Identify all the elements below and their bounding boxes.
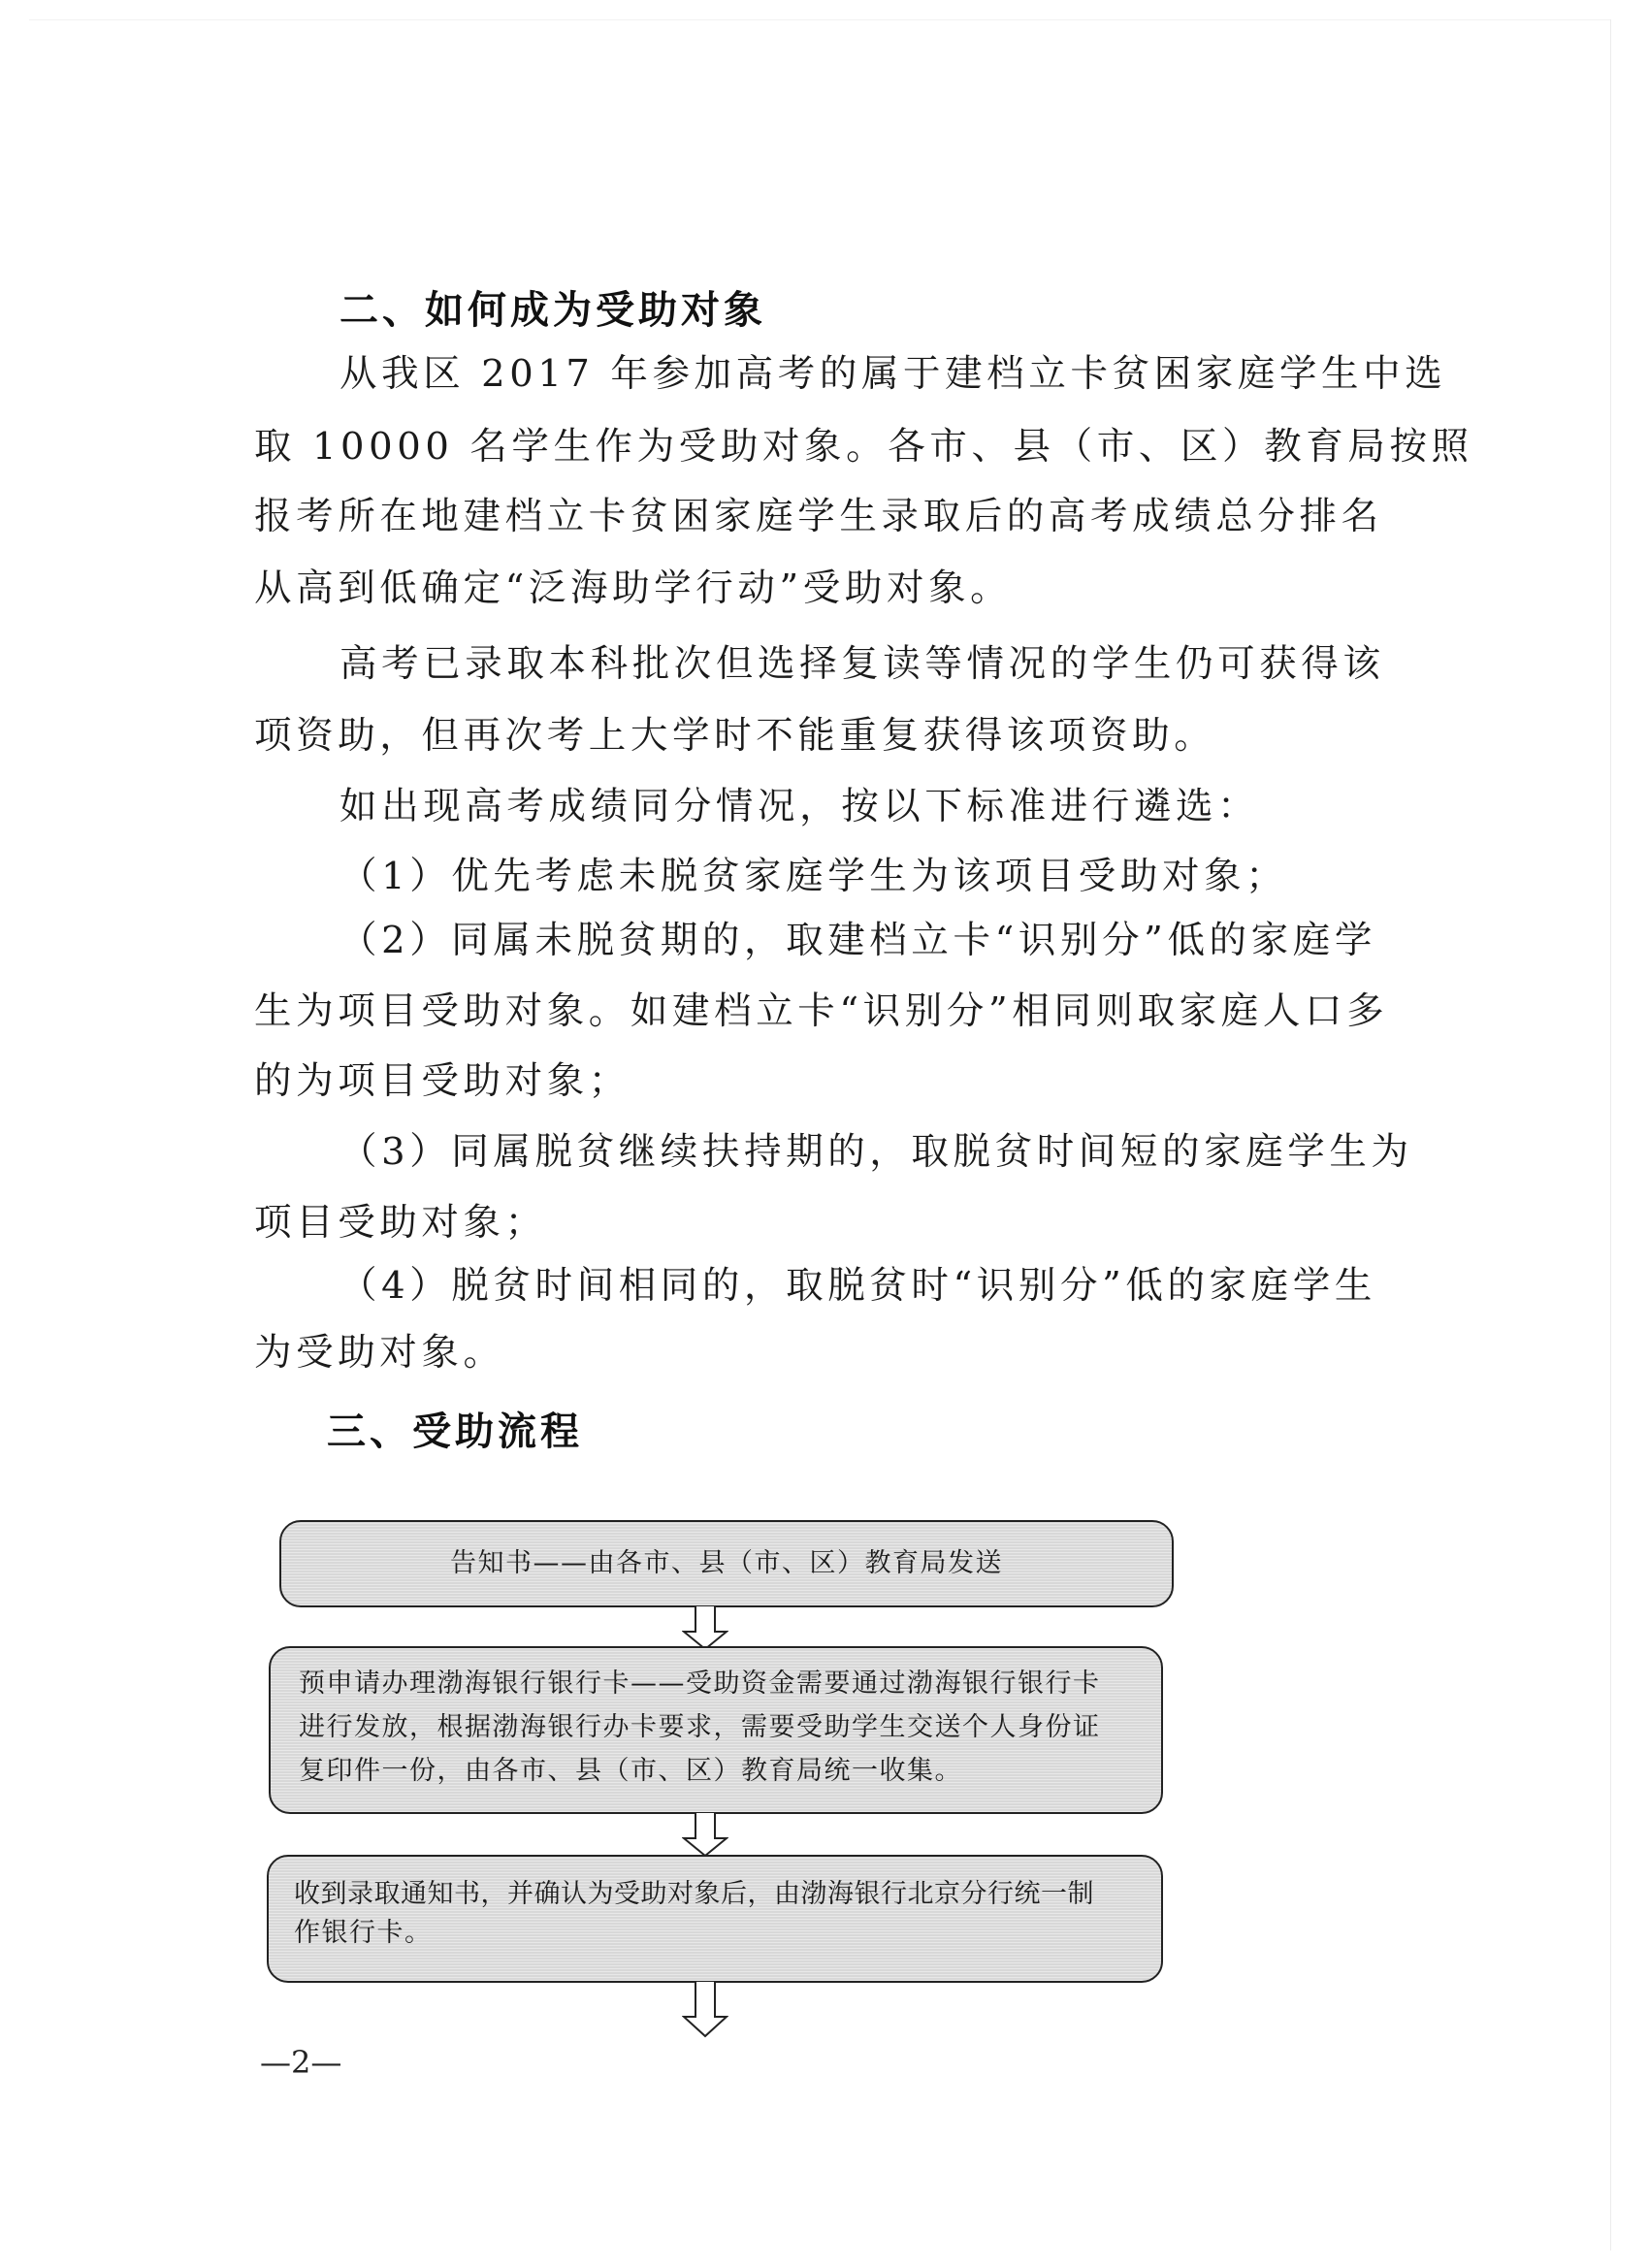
section-heading-2: 二、如何成为受助对象 xyxy=(339,287,766,334)
flow-step-text: 作银行卡。 xyxy=(294,1917,433,1950)
paragraph-line: 从高到低确定“泛海助学行动”受助对象。 xyxy=(254,566,1439,612)
down-arrow-icon xyxy=(682,1982,728,2038)
flow-step-notice: 告知书——由各市、县（市、区）教育局发送 xyxy=(279,1520,1174,1607)
down-arrow-icon xyxy=(682,1813,728,1858)
paragraph-line: 项目受助对象； xyxy=(254,1200,1439,1247)
flow-step-bank-card-application: 预申请办理渤海银行银行卡——受助资金需要通过渤海银行银行卡 进行发放，根据渤海银… xyxy=(269,1646,1163,1814)
paragraph-line: （4）脱贫时间相同的，取脱贫时“识别分”低的家庭学生 xyxy=(339,1263,1439,1310)
flow-step-text: 复印件一份，由各市、县（市、区）教育局统一收集。 xyxy=(299,1755,962,1788)
paragraph-line: 报考所在地建档立卡贫困家庭学生录取后的高考成绩总分排名 xyxy=(254,494,1439,540)
scan-edge xyxy=(29,19,1610,20)
paragraph-line: 取 10000 名学生作为受助对象。各市、县（市、区）教育局按照 xyxy=(254,424,1439,470)
scan-edge xyxy=(1610,19,1611,2251)
paragraph-line: （3）同属脱贫继续扶持期的，取脱贫时间短的家庭学生为 xyxy=(339,1129,1439,1176)
paragraph-line: （1）优先考虑未脱贫家庭学生为该项目受助对象； xyxy=(339,854,1439,900)
paragraph-line: 如出现高考成绩同分情况，按以下标准进行遴选： xyxy=(339,784,1439,830)
flow-step-text: 预申请办理渤海银行银行卡——受助资金需要通过渤海银行银行卡 xyxy=(299,1668,1101,1701)
paragraph-line: 的为项目受助对象； xyxy=(254,1058,1439,1105)
flow-step-card-production: 收到录取通知书，并确认为受助对象后，由渤海银行北京分行统一制 作银行卡。 xyxy=(267,1855,1163,1983)
section-heading-3: 三、受助流程 xyxy=(327,1409,583,1455)
paragraph-line: 高考已录取本科批次但选择复读等情况的学生仍可获得该 xyxy=(339,641,1439,688)
flow-step-text: 收到录取通知书，并确认为受助对象后，由渤海银行北京分行统一制 xyxy=(294,1878,1094,1911)
flow-step-text: 进行发放，根据渤海银行办卡要求，需要受助学生交送个人身份证 xyxy=(299,1711,1101,1744)
page-number: —2— xyxy=(260,2043,341,2082)
paragraph-line: （2）同属未脱贫期的，取建档立卡“识别分”低的家庭学 xyxy=(339,918,1439,964)
down-arrow-icon xyxy=(682,1606,728,1651)
paragraph-line: 生为项目受助对象。如建档立卡“识别分”相同则取家庭人口多 xyxy=(254,988,1439,1035)
paragraph-line: 项资助，但再次考上大学时不能重复获得该项资助。 xyxy=(254,713,1439,760)
flow-step-text: 告知书——由各市、县（市、区）教育局发送 xyxy=(281,1547,1172,1580)
paragraph-line: 为受助对象。 xyxy=(254,1330,1439,1377)
paragraph-line: 从我区 2017 年参加高考的属于建档立卡贫困家庭学生中选 xyxy=(339,351,1439,398)
